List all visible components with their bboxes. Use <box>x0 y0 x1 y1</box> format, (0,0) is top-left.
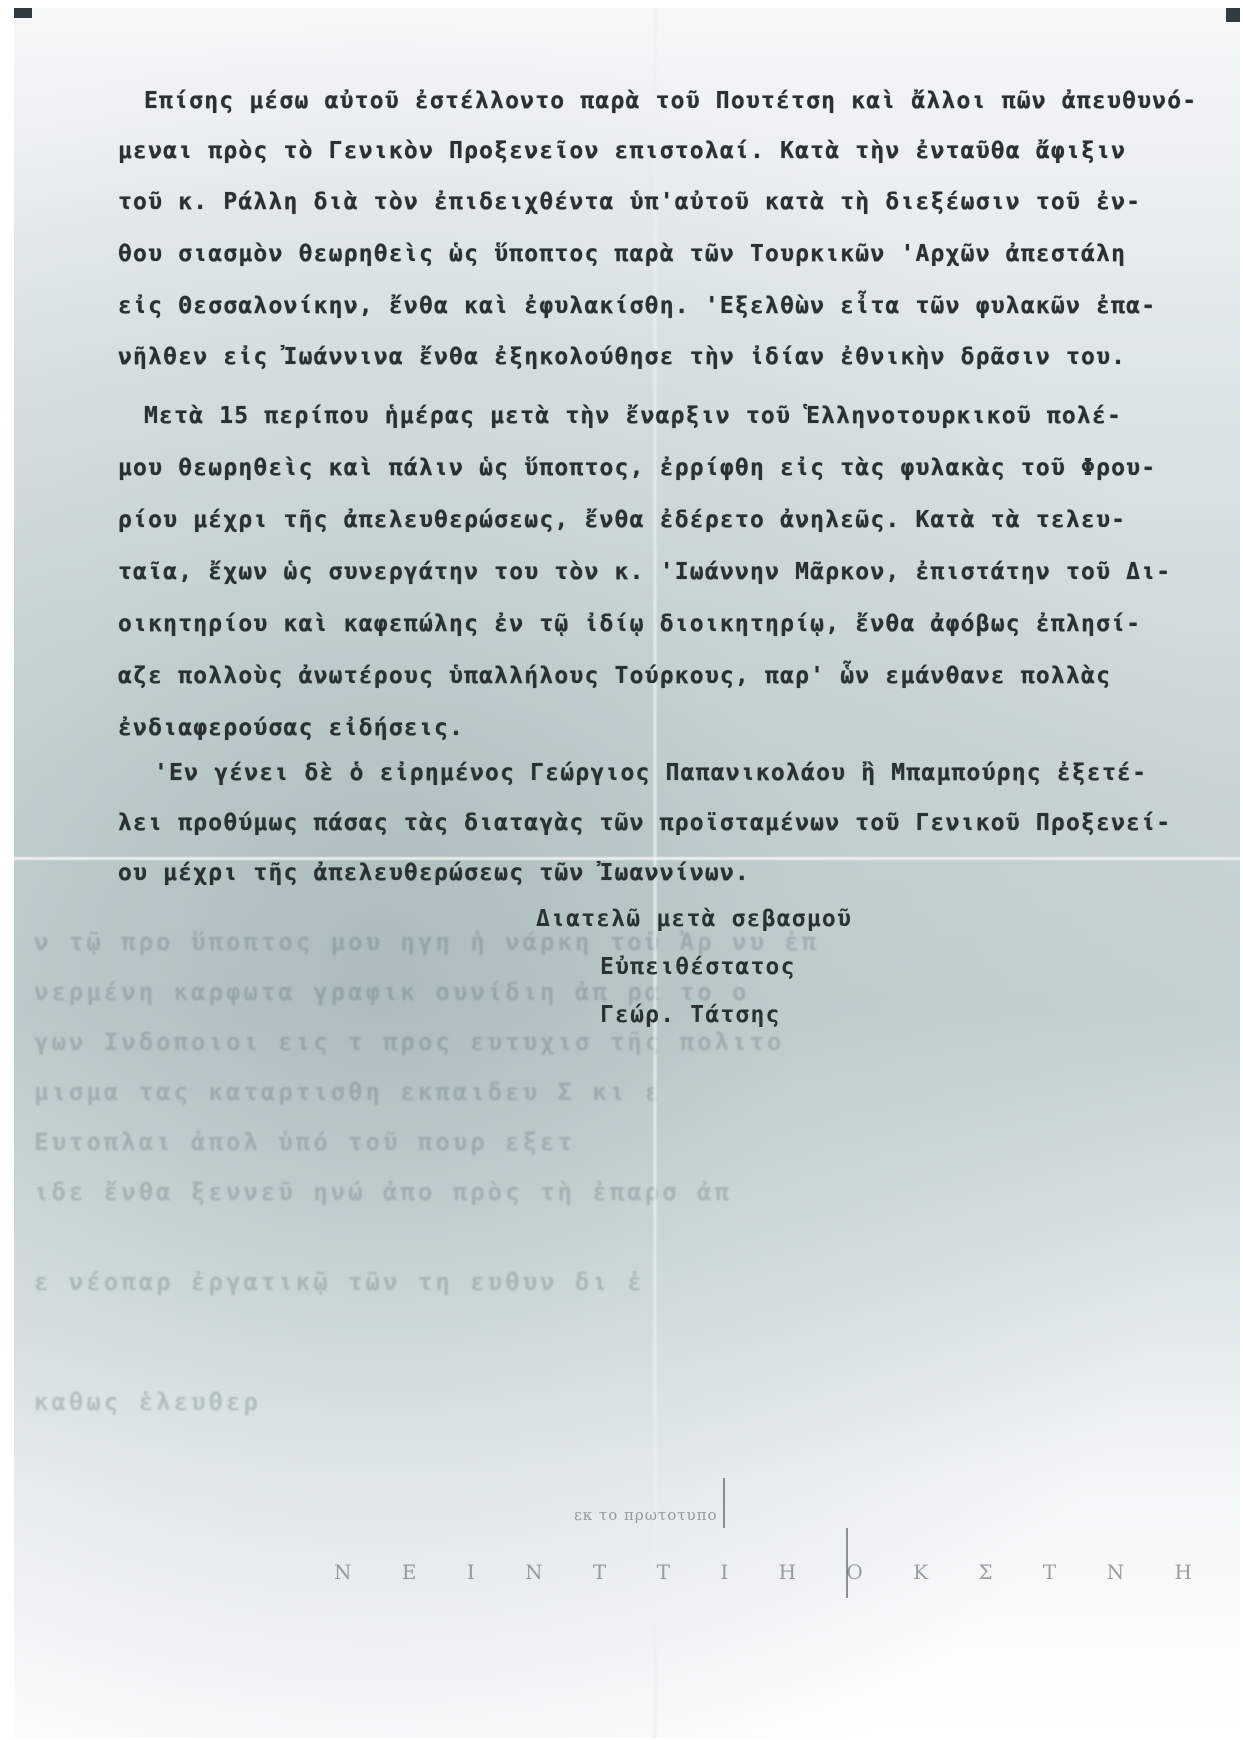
text-line: τοῦ κ. Ράλλη διὰ τὸν ἐπιδειχθέντα ὑπ'αὐτ… <box>118 189 1141 215</box>
text-line: μεναι πρὸς τὸ Γενικὸν Προξενεῖον επιστολ… <box>118 138 1126 164</box>
stamp-mark <box>846 1528 848 1598</box>
text-line: θου σιασμὸν θεωρηθεὶς ὡς ὕποπτος παρὰ τῶ… <box>118 241 1126 267</box>
certification-stamp-text: εκ το πρωτοτυπο <box>574 1506 718 1524</box>
text-line: Μετὰ 15 περίπου ἡμέρας μετὰ τὴν ἔναρξιν … <box>144 403 1122 429</box>
text-line: 'Εν γένει δὲ ὁ εἰρημένος Γεώργιος Παπανι… <box>154 760 1147 786</box>
text-line: ἐνδιαφερούσας εἰδήσεις. <box>118 715 464 741</box>
text-line: Επίσης μέσω αὐτοῦ ἐστέλλοντο παρὰ τοῦ Πο… <box>144 88 1197 114</box>
letter-body: Επίσης μέσω αὐτοῦ ἐστέλλοντο παρὰ τοῦ Πο… <box>14 8 1240 1738</box>
text-line: οικητηρίου καὶ καφεπώλης ἐν τῷ ἰδίῳ διοι… <box>118 611 1141 637</box>
text-line: ταῖα, ἔχων ὡς συνεργάτην του τὸν κ. 'Ιωά… <box>118 559 1171 585</box>
text-line: λει προθύμως πάσας τὰς διαταγὰς τῶν προϊ… <box>118 810 1171 836</box>
text-line: εἰς Θεσσαλονίκην, ἔνθα καὶ ἐφυλακίσθη. '… <box>118 293 1156 319</box>
signature: Γεώρ. Τάτσης <box>600 1002 781 1028</box>
certification-stamp-caps: Ν Ε Ι Ν Τ Τ Ι Η Ο Κ Σ Τ Ν Η Ν <box>334 1560 1240 1584</box>
text-line: μου θεωρηθεὶς καὶ πάλιν ὡς ὕποπτος, ἐρρί… <box>118 455 1156 481</box>
text-line: αζε πολλοὺς ἀνωτέρους ὑπαλλήλους Τούρκου… <box>118 663 1111 689</box>
scanned-page: ν τῷ προ ὕποπτος μου ηγη ἡ νάρκη τοῦ Ἀρ … <box>14 8 1240 1738</box>
text-line: ου μέχρι τῆς ἀπελευθερώσεως τῶν Ἰωαννίνω… <box>118 860 750 886</box>
closing-salutation: Διατελῶ μετὰ σεβασμοῦ <box>536 906 852 932</box>
closing-valediction: Εὐπειθέστατος <box>600 954 796 980</box>
stamp-mark <box>723 1478 725 1528</box>
text-line: ρίου μέχρι τῆς ἀπελευθερώσεως, ἔνθα ἐδέρ… <box>118 507 1126 533</box>
text-line: νῆλθεν εἰς Ἰωάννινα ἔνθα ἐξηκολούθησε τὴ… <box>118 344 1126 370</box>
